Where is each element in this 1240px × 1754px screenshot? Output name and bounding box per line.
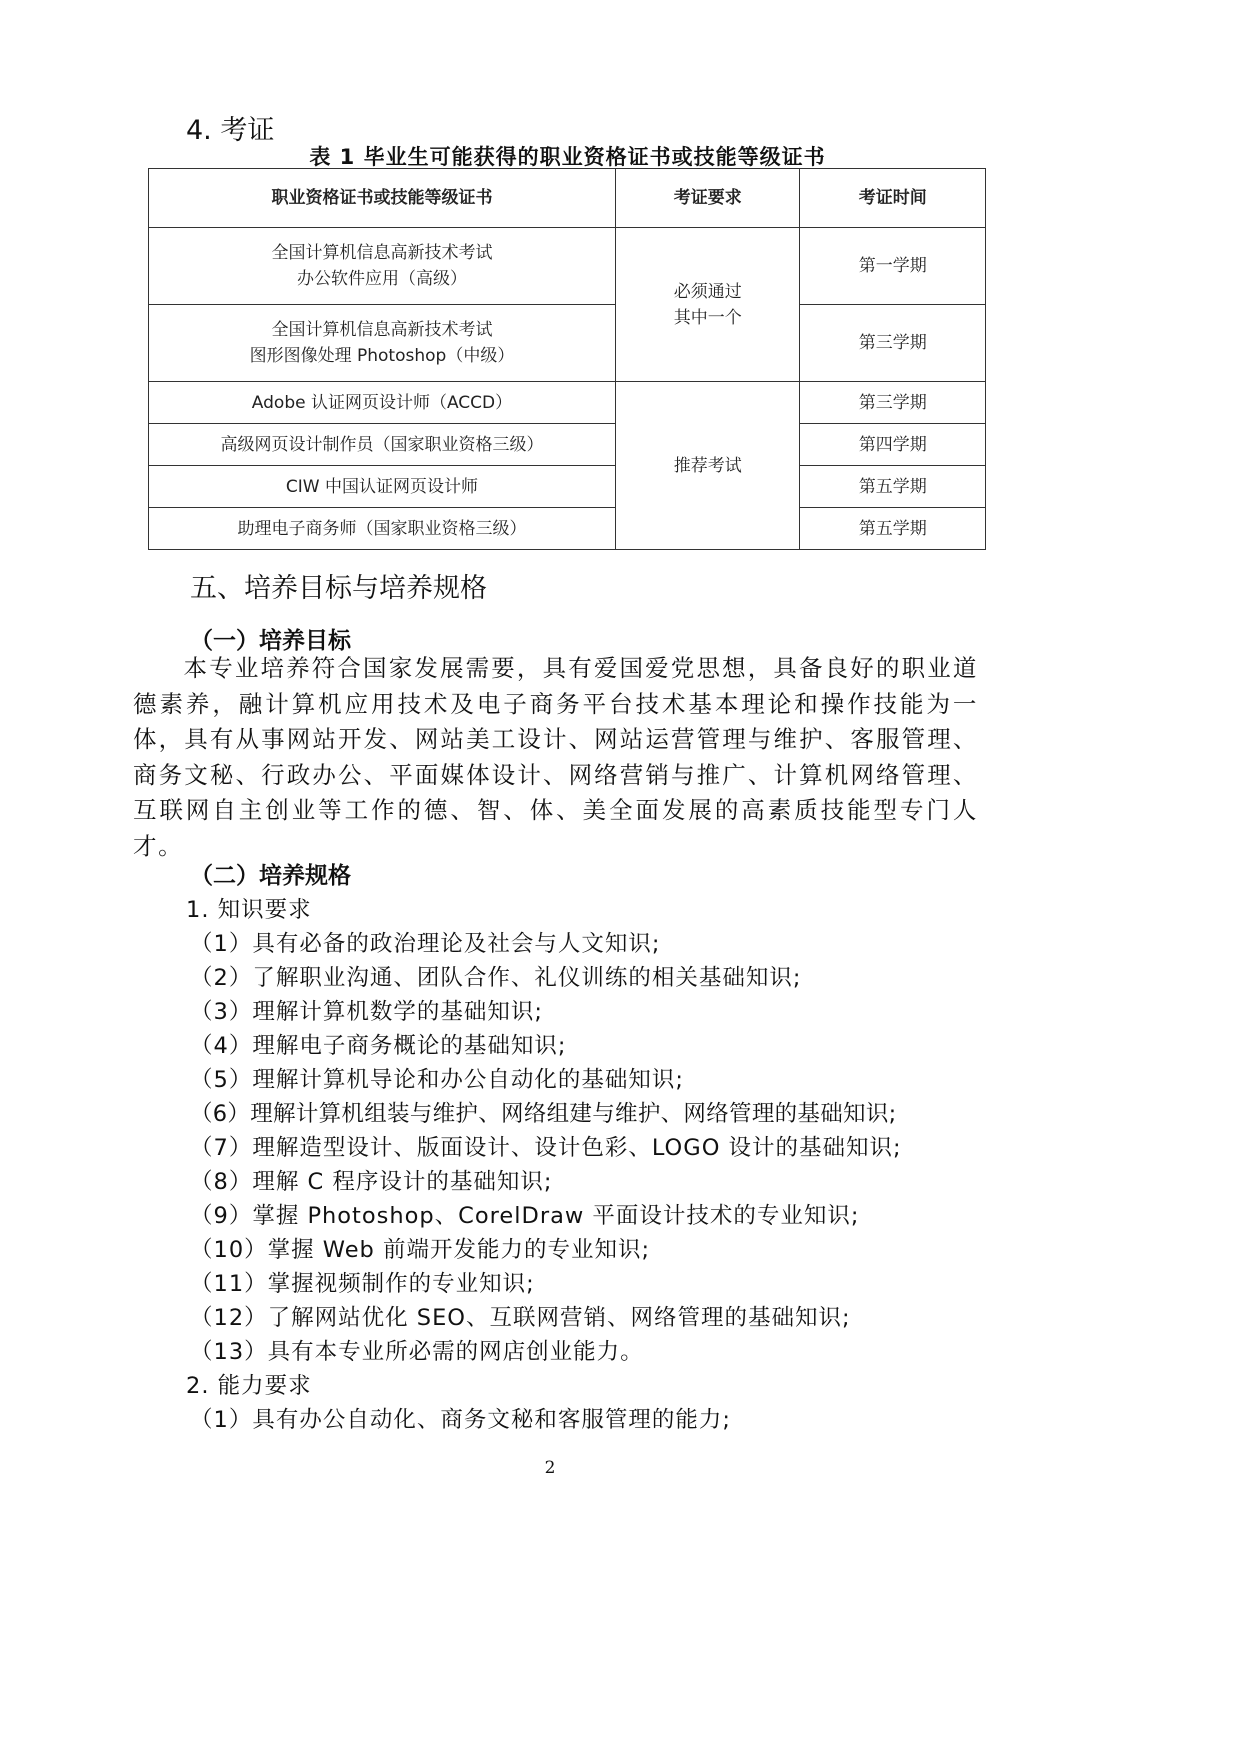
list-item: （7）理解造型设计、版面设计、设计色彩、LOGO 设计的基础知识;: [190, 1130, 902, 1162]
time-cell: 第三学期: [800, 382, 986, 424]
header-time: 考证时间: [800, 169, 986, 228]
requirement-cell-recommended: 推荐考试: [615, 382, 800, 550]
requirement-line: 必须通过: [616, 279, 800, 305]
certificate-table: 职业资格证书或技能等级证书 考证要求 考证时间 全国计算机信息高新技术考试 办公…: [148, 168, 986, 550]
list-item: （11）掌握视频制作的专业知识;: [190, 1266, 535, 1298]
goal-paragraph: 本专业培养符合国家发展需要，具有爱国爱党思想，具备良好的职业道德素养，融计算机应…: [133, 651, 978, 864]
cert-line: 图形图像处理 Photoshop（中级）: [149, 343, 615, 369]
ability-title: 2. 能力要求: [186, 1368, 312, 1400]
knowledge-title: 1. 知识要求: [186, 892, 312, 924]
table-caption: 表 1 毕业生可能获得的职业资格证书或技能等级证书: [150, 141, 985, 171]
header-requirement: 考证要求: [615, 169, 800, 228]
list-item: （9）掌握 Photoshop、CorelDraw 平面设计技术的专业知识;: [190, 1198, 860, 1230]
list-item: （13）具有本专业所必需的网店创业能力。: [190, 1334, 644, 1366]
cert-cell: Adobe 认证网页设计师（ACCD）: [149, 382, 616, 424]
list-item: （1）具有办公自动化、商务文秘和客服管理的能力;: [190, 1402, 731, 1434]
list-item: （6）理解计算机组装与维护、网络组建与维护、网络管理的基础知识;: [190, 1096, 897, 1128]
cert-line: 全国计算机信息高新技术考试: [149, 240, 615, 266]
cert-line: 办公软件应用（高级）: [149, 266, 615, 292]
goal-text: 本专业培养符合国家发展需要，具有爱国爱党思想，具备良好的职业道德素养，融计算机应…: [133, 654, 978, 860]
requirement-cell-required: 必须通过 其中一个: [615, 228, 800, 382]
table-row: 全国计算机信息高新技术考试 图形图像处理 Photoshop（中级） 第三学期: [149, 305, 986, 382]
list-item: （12）了解网站优化 SEO、互联网营销、网络管理的基础知识;: [190, 1300, 851, 1332]
cert-line: 全国计算机信息高新技术考试: [149, 317, 615, 343]
list-item: （1）具有必备的政治理论及社会与人文知识;: [190, 926, 660, 958]
table-header-row: 职业资格证书或技能等级证书 考证要求 考证时间: [149, 169, 986, 228]
table-row: 全国计算机信息高新技术考试 办公软件应用（高级） 必须通过 其中一个 第一学期: [149, 228, 986, 305]
list-item: （4）理解电子商务概论的基础知识;: [190, 1028, 566, 1060]
section-title: 五、培养目标与培养规格: [190, 566, 487, 605]
time-cell: 第三学期: [800, 305, 986, 382]
time-cell: 第五学期: [800, 508, 986, 550]
cert-cell: 全国计算机信息高新技术考试 办公软件应用（高级）: [149, 228, 616, 305]
time-cell: 第五学期: [800, 466, 986, 508]
table-row: 助理电子商务师（国家职业资格三级） 第五学期: [149, 508, 986, 550]
table-row: CIW 中国认证网页设计师 第五学期: [149, 466, 986, 508]
page-number: 2: [0, 1458, 1100, 1478]
header-certificate: 职业资格证书或技能等级证书: [149, 169, 616, 228]
list-item: （3）理解计算机数学的基础知识;: [190, 994, 543, 1026]
table-row: Adobe 认证网页设计师（ACCD） 推荐考试 第三学期: [149, 382, 986, 424]
table-row: 高级网页设计制作员（国家职业资格三级） 第四学期: [149, 424, 986, 466]
list-item: （2）了解职业沟通、团队合作、礼仪训练的相关基础知识;: [190, 960, 801, 992]
cert-cell: 全国计算机信息高新技术考试 图形图像处理 Photoshop（中级）: [149, 305, 616, 382]
time-cell: 第四学期: [800, 424, 986, 466]
subsection-spec-title: （二）培养规格: [190, 857, 351, 890]
list-item: （8）理解 C 程序设计的基础知识;: [190, 1164, 552, 1196]
list-item: （5）理解计算机导论和办公自动化的基础知识;: [190, 1062, 684, 1094]
requirement-line: 其中一个: [616, 305, 800, 331]
list-item: （10）掌握 Web 前端开发能力的专业知识;: [190, 1232, 650, 1264]
cert-cell: CIW 中国认证网页设计师: [149, 466, 616, 508]
time-cell: 第一学期: [800, 228, 986, 305]
cert-cell: 高级网页设计制作员（国家职业资格三级）: [149, 424, 616, 466]
cert-cell: 助理电子商务师（国家职业资格三级）: [149, 508, 616, 550]
